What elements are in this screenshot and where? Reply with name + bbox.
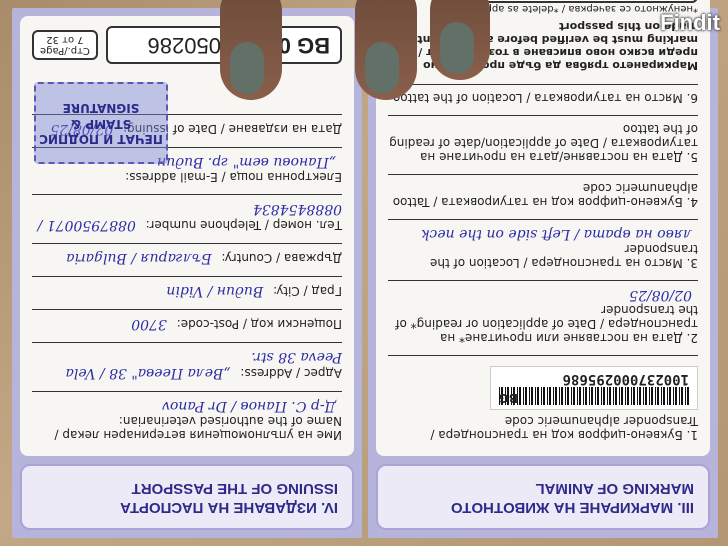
marking-content: 1. Буквено-цифров код на транспондера / … <box>376 0 710 457</box>
section-header-issuing: IV. ИЗДАВАНЕ НА ПАСПОРТА ISSUING OF THE … <box>20 465 354 531</box>
issuing-content: Име на упълномощения ветеринарен лекар /… <box>20 16 354 457</box>
field-transponder-location: 3. Място на транспондера / Location of t… <box>388 220 698 275</box>
finger <box>430 0 490 80</box>
section-title-bg: IV. ИЗДАВАНЕ НА ПАСПОРТА <box>36 497 338 516</box>
field-tattoo-date: 5. Дата на поставяне/дата на прочитане н… <box>388 116 698 169</box>
section-title-en: MARKING OF ANIMAL <box>392 479 694 498</box>
page-issuing-of-passport: IV. ИЗДАВАНЕ НА ПАСПОРТА ISSUING OF THE … <box>12 8 362 538</box>
section-title-en: ISSUING OF THE PASSPORT <box>36 479 338 498</box>
barcode-bars <box>499 388 689 406</box>
findit-watermark: Findit <box>660 10 720 36</box>
transponder-barcode-sticker: BG 100237000295686 <box>490 367 698 411</box>
field-tattoo-code: 4. Буквено-цифров код на татуировката / … <box>388 175 698 214</box>
finger <box>220 0 282 100</box>
field-country: Държава / Country: България / Bulgaria <box>32 244 342 271</box>
fingernail <box>365 42 399 94</box>
field-tattoo-location: 6. Място на татуировката / Location of t… <box>388 85 698 110</box>
page-footer: BG 01LK 050286 Стр./Page 7 от 32 <box>32 26 342 64</box>
finger <box>355 0 417 100</box>
fingernail <box>440 22 474 74</box>
section-header-marking: III. МАРКИРАНЕ НА ЖИВОТНОТО MARKING OF A… <box>376 465 710 531</box>
field-vet-name: Име на упълномощения ветеринарен лекар /… <box>32 392 342 447</box>
field-address: Адрес / Address: „Вела Пеева" 38 / Vela … <box>32 343 342 386</box>
stamp-signature-box: ПЕЧАТ И ПОДПИС STAMP & SIGNATURE <box>34 82 168 164</box>
page-marking-of-animal: III. МАРКИРАНЕ НА ЖИВОТНОТО MARKING OF A… <box>368 8 718 538</box>
field-transponder-code: 1. Буквено-цифров код на транспондера / … <box>388 356 698 447</box>
field-post-code: Пощенски код / Post-code: 3700 <box>32 310 342 337</box>
fingernail <box>230 42 264 94</box>
field-city: Град / City: Видин / Vidin <box>32 277 342 304</box>
page-number-box: Стр./Page 7 от 32 <box>32 30 98 60</box>
section-title-bg: III. МАРКИРАНЕ НА ЖИВОТНОТО <box>392 497 694 516</box>
field-telephone: Тел. номер / Telephone number: 088795007… <box>32 195 342 238</box>
passport-serial: BG 01LK 050286 <box>462 0 698 4</box>
field-transponder-date: 2. Дата на поставяне или прочитане* на т… <box>388 281 698 350</box>
